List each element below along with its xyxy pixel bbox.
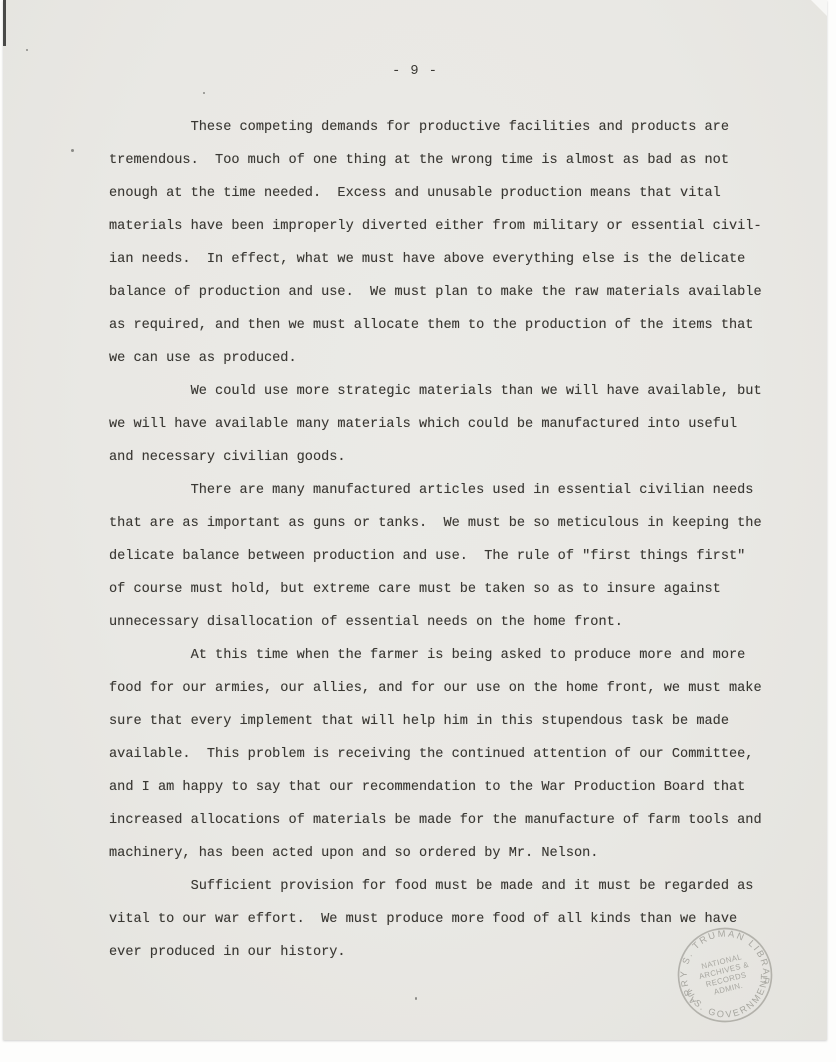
page-corner — [811, 0, 827, 16]
page-number: - 9 - — [3, 64, 827, 79]
text-line: and necessary civilian goods. — [109, 441, 789, 474]
paper-speck — [71, 149, 74, 152]
paper-speck — [415, 997, 417, 1000]
text-line: food for our armies, our allies, and for… — [109, 672, 789, 705]
scan-edge-artifact — [3, 0, 6, 46]
text-line: unnecessary disallocation of essential n… — [109, 606, 789, 639]
text-line: Sufficient provision for food must be ma… — [109, 870, 789, 903]
text-line: At this time when the farmer is being as… — [109, 639, 789, 672]
text-line: that are as important as guns or tanks. … — [109, 507, 789, 540]
text-line: as required, and then we must allocate t… — [109, 309, 789, 342]
text-line: and I am happy to say that our recommend… — [109, 771, 789, 804]
text-line: we will have available many materials wh… — [109, 408, 789, 441]
text-line: These competing demands for productive f… — [109, 111, 789, 144]
text-line: machinery, has been acted upon and so or… — [109, 837, 789, 870]
text-line: increased allocations of materials be ma… — [109, 804, 789, 837]
document-text: These competing demands for productive f… — [109, 111, 789, 969]
paper-speck — [203, 92, 205, 94]
text-line: tremendous. Too much of one thing at the… — [109, 144, 789, 177]
text-line: available. This problem is receiving the… — [109, 738, 789, 771]
text-line: We could use more strategic materials th… — [109, 375, 789, 408]
text-line: balance of production and use. We must p… — [109, 276, 789, 309]
text-line: we can use as produced. — [109, 342, 789, 375]
text-line: sure that every implement that will help… — [109, 705, 789, 738]
text-line: There are many manufactured articles use… — [109, 474, 789, 507]
text-line: of course must hold, but extreme care mu… — [109, 573, 789, 606]
text-line: materials have been improperly diverted … — [109, 210, 789, 243]
paper-speck — [26, 49, 28, 51]
scanned-page: - 9 - These competing demands for produc… — [3, 0, 827, 1040]
text-line: delicate balance between production and … — [109, 540, 789, 573]
text-line: ian needs. In effect, what we must have … — [109, 243, 789, 276]
text-line: enough at the time needed. Excess and un… — [109, 177, 789, 210]
